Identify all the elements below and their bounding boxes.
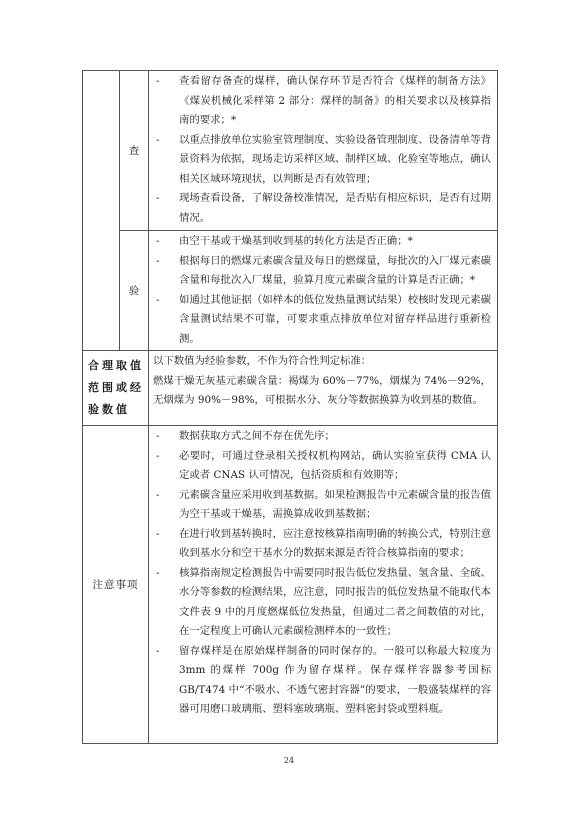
table-row-reasonable-range: 合理取值范围或经验数值 以下数值为经验参数，不作为符合性判定标准： 燃煤干燥无灰…: [83, 351, 498, 426]
notes-label: 注意事项: [83, 426, 149, 744]
reasonable-range-content: 以下数值为经验参数，不作为符合性判定标准： 燃煤干燥无灰基元素碳含量：褐煤为 6…: [149, 351, 498, 426]
reasonable-range-intro: 以下数值为经验参数，不作为符合性判定标准：: [153, 352, 491, 372]
verify-content-cell: -由空干基或干燥基到收到基的转化方法是否正确；* -根据每日的燃煤元素碳含量及每…: [149, 231, 498, 351]
list-item: -如通过其他证据（如样本的低位发热量测试结果）校核时发现元素碳含量测试结果不可靠…: [153, 291, 491, 350]
list-item: -由空干基或干燥基到收到基的转化方法是否正确；*: [153, 232, 491, 252]
list-item: -留存煤样是在原始煤样制备的同时保存的。一般可以称最大粒度为 3mm 的煤样 7…: [153, 642, 491, 720]
document-page: 查 -查看留存备查的煤样，确认保存环节是否符合《煤样的制备方法》《煤炭机械化采样…: [0, 0, 578, 818]
look-list: -查看留存备查的煤样，确认保存环节是否符合《煤样的制备方法》《煤炭机械化采样第 …: [153, 72, 491, 228]
table-row-look: 查 -查看留存备查的煤样，确认保存环节是否符合《煤样的制备方法》《煤炭机械化采样…: [83, 71, 498, 231]
list-item: -元素碳含量应采用收到基数据。如果检测报告中元素碳含量的报告值为空干基或干燥基，…: [153, 486, 491, 525]
notes-content: -数据获取方式之间不存在优先序； -必要时，可通过登录相关授权机构网站，确认实验…: [149, 426, 498, 744]
notes-list: -数据获取方式之间不存在优先序； -必要时，可通过登录相关授权机构网站，确认实验…: [153, 427, 491, 720]
list-item: -必要时，可通过登录相关授权机构网站，确认实验室获得 CMA 认定或者 CNAS…: [153, 447, 491, 486]
verify-list: -由空干基或干燥基到收到基的转化方法是否正确；* -根据每日的燃煤元素碳含量及每…: [153, 232, 491, 349]
list-item: -查看留存备查的煤样，确认保存环节是否符合《煤样的制备方法》《煤炭机械化采样第 …: [153, 72, 491, 131]
look-content-cell: -查看留存备查的煤样，确认保存环节是否符合《煤样的制备方法》《煤炭机械化采样第 …: [149, 71, 498, 231]
table-row-notes: 注意事项 -数据获取方式之间不存在优先序； -必要时，可通过登录相关授权机构网站…: [83, 426, 498, 744]
page-number: 24: [0, 756, 578, 765]
sub-label-verify-text: 验: [129, 285, 140, 297]
verification-table: 查 -查看留存备查的煤样，确认保存环节是否符合《煤样的制备方法》《煤炭机械化采样…: [82, 70, 498, 744]
list-item: -在进行收到基转换时，应注意按核算指南明确的转换公式，特别注意收到基水分和空干基…: [153, 525, 491, 564]
reasonable-range-label: 合理取值范围或经验数值: [83, 351, 149, 426]
list-item: -核算指南规定检测报告中需要同时报告低位发热量、氢含量、全硫、水分等参数的检测结…: [153, 564, 491, 642]
reasonable-range-values: 燃煤干燥无灰基元素碳含量：褐煤为 60%－77%，烟煤为 74%－92%，无烟煤…: [153, 372, 491, 411]
table-row-verify: 验 -由空干基或干燥基到收到基的转化方法是否正确；* -根据每日的燃煤元素碳含量…: [83, 231, 498, 351]
sub-label-look-text: 查: [129, 145, 140, 157]
sub-label-verify: 验: [120, 231, 149, 351]
sub-label-look: 查: [120, 71, 149, 231]
list-item: -数据获取方式之间不存在优先序；: [153, 427, 491, 447]
list-item: -现场查看设备，了解设备校准情况，是否贴有相应标识，是否有过期情况。: [153, 189, 491, 228]
outer-label-cell: [83, 71, 120, 351]
list-item: -根据每日的燃煤元素碳含量及每日的燃煤量，每批次的入厂煤元素碳含量和每批次入厂煤…: [153, 252, 491, 291]
list-item: -以重点排放单位实验室管理制度、实验设备管理制度、设备清单等背景资料为依据，现场…: [153, 131, 491, 190]
